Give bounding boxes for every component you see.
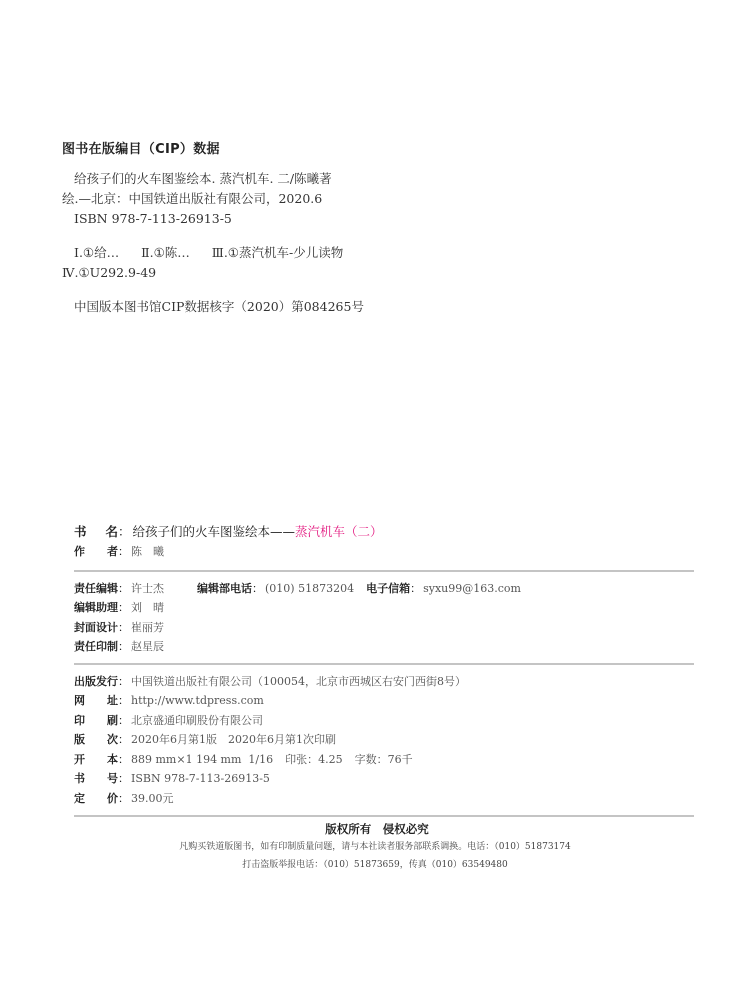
book-subtitle: 蒸汽机车（二）: [295, 522, 383, 542]
price-label: 定 价: [74, 789, 118, 809]
copyright-title: 版权所有 侵权必究: [4, 820, 750, 838]
author-label: 作 者: [74, 542, 118, 562]
label-char: 版: [74, 730, 85, 750]
colon: ：: [118, 637, 129, 657]
cip-isbn: ISBN 978-7-113-26913-5: [62, 209, 462, 229]
publisher-row: 出版发行： 中国铁道出版社有限公司（100054，北京市西城区右安门西街8号）: [74, 672, 694, 692]
label-char: 址: [107, 691, 118, 711]
label-char: 次: [107, 730, 118, 750]
colophon: 书 名 ： 给孩子们的火车图鉴绘本—— 蒸汽机车（二） 作 者 ： 陈 曦 责任…: [74, 522, 694, 817]
colon: ：: [118, 542, 129, 562]
publisher-value: 中国铁道出版社有限公司（100054，北京市西城区右安门西街8号）: [131, 672, 466, 692]
colon: ：: [377, 750, 388, 770]
cip-line-1: 给孩子们的火车图鉴绘本. 蒸汽机车. 二/陈曦著: [62, 169, 462, 189]
cip-title: 图书在版编目（CIP）数据: [62, 138, 462, 157]
publisher-label: 出版发行: [74, 672, 118, 692]
printing-supervisor-value: 赵星辰: [131, 637, 164, 657]
copyright-footer: 版权所有 侵权必究 凡购买铁道版图书，如有印制质量问题，请与本社读者服务部联系调…: [0, 820, 750, 874]
cip-line-2: 绘.—北京：中国铁道出版社有限公司，2020.6: [62, 189, 462, 209]
cip-number: 中国版本图书馆CIP数据核字（2020）第084265号: [62, 297, 462, 317]
edition-label: 版 次: [74, 730, 118, 750]
cip-block: 图书在版编目（CIP）数据 给孩子们的火车图鉴绘本. 蒸汽机车. 二/陈曦著 绘…: [62, 138, 462, 317]
email-label: 电子信箱: [366, 579, 410, 599]
label-char: 书: [74, 769, 85, 789]
sheets-label: 印张: [285, 750, 307, 770]
words-label: 字数: [355, 750, 377, 770]
cover-design-row: 封面设计： 崔丽芳: [74, 618, 694, 638]
editor-row: 责任编辑： 许士杰 编辑部电话： (010) 51873204 电子信箱： sy…: [74, 579, 694, 599]
cip-class-3: Ⅲ.①蒸汽机车-少儿读物: [212, 245, 343, 260]
format-value: 889 mm×1 194 mm 1/16: [131, 750, 273, 770]
colon: ：: [118, 789, 129, 809]
website-row: 网 址 ： http://www.tdpress.com: [74, 691, 694, 711]
price-row: 定 价 ： 39.00元: [74, 789, 694, 809]
format-row: 开 本 ： 889 mm×1 194 mm 1/16 印张： 4.25 字数： …: [74, 750, 694, 770]
printing-supervisor-row: 责任印制： 赵星辰: [74, 637, 694, 657]
book-title-label: 书 名: [74, 522, 118, 542]
assistant-value: 刘 晴: [131, 598, 164, 618]
book-title-main: 给孩子们的火车图鉴绘本——: [133, 522, 296, 542]
isbn-row: 书 号 ： ISBN 978-7-113-26913-5: [74, 769, 694, 789]
colon: ：: [118, 711, 129, 731]
colon: ：: [118, 730, 129, 750]
colon: ：: [118, 691, 129, 711]
email-value: syxu99@163.com: [423, 579, 521, 599]
piracy-report: 打击盗版举报电话：（010）51873659，传真（010）63549480: [0, 856, 750, 874]
edition-row: 版 次 ： 2020年6月第1版 2020年6月第1次印刷: [74, 730, 694, 750]
label-char: 开: [74, 750, 85, 770]
isbn-label: 书 号: [74, 769, 118, 789]
isbn-value: ISBN 978-7-113-26913-5: [131, 769, 270, 789]
price-value: 39.00元: [131, 789, 174, 809]
editor-label: 责任编辑: [74, 579, 118, 599]
colon: ：: [118, 750, 129, 770]
colon: ：: [410, 579, 421, 599]
colon: ：: [118, 672, 129, 692]
assistant-row: 编辑助理： 刘 晴: [74, 598, 694, 618]
copyright-notice: 凡购买铁道版图书，如有印制质量问题，请与本社读者服务部联系调换。电话：（010）…: [0, 838, 750, 856]
divider-3: [74, 815, 694, 817]
label-char: 作: [74, 542, 85, 562]
cover-design-label: 封面设计: [74, 618, 118, 638]
label-char: 本: [107, 750, 118, 770]
website-label: 网 址: [74, 691, 118, 711]
printing-supervisor-label: 责任印制: [74, 637, 118, 657]
divider-2: [74, 663, 694, 665]
divider-1: [74, 570, 694, 572]
label-char: 名: [105, 522, 118, 542]
colon: ：: [118, 769, 129, 789]
author-value: 陈 曦: [131, 542, 164, 562]
assistant-label: 编辑助理: [74, 598, 118, 618]
label-char: 定: [74, 789, 85, 809]
phone-label: 编辑部电话: [197, 579, 252, 599]
website-link[interactable]: http://www.tdpress.com: [131, 691, 264, 711]
cip-classification: Ⅰ.①给… Ⅱ.①陈… Ⅲ.①蒸汽机车-少儿读物: [62, 243, 462, 263]
colon: ：: [307, 750, 318, 770]
label-char: 号: [107, 769, 118, 789]
cip-class-2: Ⅱ.①陈…: [141, 245, 190, 260]
words-value: 76千: [388, 750, 413, 770]
colon: ：: [252, 579, 263, 599]
label-char: 网: [74, 691, 85, 711]
cip-classification-2: Ⅳ.①U292.9-49: [62, 263, 462, 283]
colon: ：: [118, 522, 131, 542]
label-char: 者: [107, 542, 118, 562]
cip-class-1: Ⅰ.①给…: [74, 245, 119, 260]
colon: ：: [118, 598, 129, 618]
book-title-row: 书 名 ： 给孩子们的火车图鉴绘本—— 蒸汽机车（二）: [74, 522, 694, 542]
printer-label: 印 刷: [74, 711, 118, 731]
colon: ：: [118, 579, 129, 599]
editor-value: 许士杰: [131, 579, 197, 599]
edition-value: 2020年6月第1版 2020年6月第1次印刷: [131, 730, 336, 750]
label-char: 书: [74, 522, 87, 542]
sheets-value: 4.25: [318, 750, 343, 770]
author-row: 作 者 ： 陈 曦: [74, 542, 694, 562]
cover-design-value: 崔丽芳: [131, 618, 164, 638]
colon: ：: [118, 618, 129, 638]
printer-row: 印 刷 ： 北京盛通印刷股份有限公司: [74, 711, 694, 731]
format-label: 开 本: [74, 750, 118, 770]
label-char: 价: [107, 789, 118, 809]
phone-value: (010) 51873204: [265, 579, 354, 599]
label-char: 印: [74, 711, 85, 731]
label-char: 刷: [107, 711, 118, 731]
printer-value: 北京盛通印刷股份有限公司: [131, 711, 263, 731]
